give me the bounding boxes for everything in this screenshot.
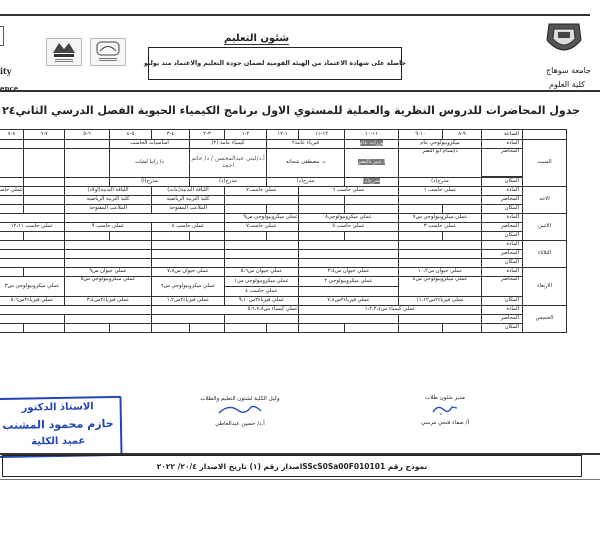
empty-cell (152, 250, 225, 259)
row-label-lecturer: المحاضر (482, 223, 523, 232)
course-cell: عملي ميكروبيولوجي س٩ (225, 214, 299, 223)
empty-cell (24, 187, 65, 196)
department-title: شئون التعليم (224, 33, 289, 45)
university-name-en: ity (0, 66, 11, 76)
course-cell: اللياقة البدنية(اولاد) (65, 187, 152, 196)
empty-cell (65, 324, 110, 333)
footer-bottom-rule (0, 479, 600, 480)
empty-cell (190, 232, 225, 241)
time-slot: ٣-٢ (190, 130, 225, 140)
place-cell: مدرج(د) (345, 178, 399, 187)
row-label-lecturer: المحاضر (482, 277, 523, 297)
empty-cell (24, 324, 65, 333)
course-cell: كيمياء عامة (٢) (190, 140, 267, 149)
empty-cell (65, 214, 225, 223)
form-code: نموذج رقم SScS0Sa00F010101اصدار رقم (١) … (157, 462, 428, 471)
empty-cell (225, 241, 299, 250)
empty-cell (65, 315, 152, 324)
empty-cell (65, 250, 152, 259)
empty-cell (0, 232, 24, 241)
lecturer-cell: عملي حاسب ٩ (65, 223, 152, 232)
empty-cell (65, 178, 110, 187)
empty-cell (24, 178, 65, 187)
tuesday-lecturer-row: المحاضر (0, 250, 567, 259)
empty-cell (110, 232, 152, 241)
empty-cell (24, 268, 65, 277)
course-cell: عملي حيوان س١٠،٢ (399, 268, 482, 277)
empty-cell (0, 250, 65, 259)
lecturer-cell: أ.د/لبنى عبدالمحسن / د/ حاتم احمد (190, 149, 267, 178)
monday-lecturer-row: المحاضر عملي حاسب ٣ عملي حاسب ٥ عملي حاس… (0, 223, 567, 232)
sunday-lecturer-row: المحاضر كلية التربية الرياضية كلية الترب… (0, 196, 567, 205)
egac-logo (46, 38, 82, 66)
lecturer-cell: عملي حاسب ٤ (225, 287, 299, 297)
top-rule (0, 14, 590, 16)
time-slot: ١٢-١١ (299, 130, 345, 140)
student-affairs-title: مدير شئون طلاب (405, 395, 485, 401)
empty-cell (65, 259, 152, 268)
header-bottom-rule (0, 90, 600, 92)
accreditation-text: حاصلة على شهادة الاعتماد من الهيئة القوم… (144, 60, 406, 67)
empty-cell (399, 232, 443, 241)
vice-dean-signature: وكيل الكلية لشئون التعليم والطلاب أ.د/ ح… (185, 396, 295, 427)
wednesday-subject-row: الاربعاء المادة عملي حيوان س١٠،٢ عملي حي… (0, 268, 567, 277)
lecturer-cell: عملي حاسب ٨ (152, 223, 225, 232)
lecturer-cell: كلية التربية الرياضية (65, 196, 152, 205)
time-slot: ٢-١ (225, 130, 267, 140)
empty-cell (24, 205, 65, 214)
lecturer-cell: عملي ميكروبيولوجي س٥ (65, 277, 152, 297)
course-cell: عملي حاسب٧ (225, 187, 299, 196)
day-monday: الاثنين (523, 214, 567, 241)
course-text: اللياقة البدنية(بنات) (167, 187, 208, 193)
lecturer-cell: عملي حاسب ٣ (399, 223, 482, 232)
empty-cell (399, 259, 482, 268)
empty-cell (0, 140, 24, 149)
empty-cell (399, 205, 443, 214)
lecturer-cell: د. مصطفى شحاته (267, 149, 345, 178)
place-cell: عملي فيزياء٢س٩،١٠ (225, 297, 299, 306)
time-slot: ٧-٦ (24, 130, 65, 140)
empty-cell (0, 149, 24, 178)
university-seal-icon (543, 20, 585, 58)
empty-cell (267, 324, 299, 333)
aia-logo (90, 38, 126, 66)
vice-dean-name: أ.د/ حسين عبدالعاطي (185, 421, 295, 427)
course-cell: عملي حيوان س٥،٦ (225, 268, 299, 277)
empty-cell (65, 232, 110, 241)
empty-cell (225, 232, 267, 241)
time-slot: ٨-٧ (0, 130, 24, 140)
empty-cell (345, 232, 399, 241)
sunday-place-row: المكان الملاعب المفتوحة الملاعب المفتوحة (0, 205, 567, 214)
empty-cell (267, 232, 299, 241)
empty-cell (152, 241, 225, 250)
lecturer-cell: عملي ميكروبيولوجي ٢ (299, 277, 399, 287)
day-saturday: السبت (523, 140, 567, 187)
highlighted-course: ورزات عام (360, 140, 383, 146)
stamp-line-2: حازم محمود المشنب (0, 415, 120, 434)
schedule-title: جدول المحاضرات للدروس النظرية والعملية ل… (0, 104, 580, 117)
empty-cell (24, 140, 65, 149)
lecturer-cell: عملي ميكروبيولوجي س١ (225, 277, 299, 287)
place-cell: عملي فيزياء٢س١١،١٢ (399, 297, 482, 306)
lecturer-cell: عملي حاسب ٥ (299, 223, 399, 232)
thursday-subject-row: الخميس المادة عملي كيمياء س١،٢،٣،٤ عملي … (0, 306, 567, 315)
thursday-lecturer-row: المحاضر (0, 315, 567, 324)
empty-cell (152, 232, 190, 241)
empty-cell (0, 315, 65, 324)
row-label-place: المكان (482, 178, 523, 187)
empty-cell (225, 196, 299, 205)
empty-cell (0, 268, 24, 277)
left-logo-fragment (0, 26, 4, 46)
place-cell: عملي فيزياء٢س٧،٨ (299, 297, 399, 306)
empty-cell (0, 214, 65, 223)
lecturer-cell: د/بسام ابو النصر (399, 149, 482, 178)
tuesday-subject-row: الثلاثاء المادة (0, 241, 567, 250)
row-label-lecturer: المحاضر (482, 250, 523, 259)
vice-dean-title: وكيل الكلية لشئون التعليم والطلاب (185, 396, 295, 402)
day-sunday: الاحد (523, 187, 567, 214)
empty-cell (399, 196, 482, 205)
empty-cell (0, 205, 24, 214)
sunday-subject-row: الاحد المادة عملي حاسب ١ عملي حاسب ٦ عمل… (0, 187, 567, 196)
empty-cell (225, 250, 299, 259)
row-label-place: المكان (482, 297, 523, 306)
lecturer-cell: عملي ميكروبيولوجي س٦ (152, 277, 225, 297)
tuesday-place-row: المكان (0, 259, 567, 268)
empty-cell (299, 324, 345, 333)
row-label-subject: المادة (482, 140, 523, 149)
lecturer-cell: كلية التربية الرياضية (152, 196, 225, 205)
empty-cell (299, 287, 399, 297)
day-wednesday: الاربعاء (523, 268, 567, 306)
place-cell: عملي فيزياء٢س٣،٤ (65, 297, 152, 306)
course-cell: عملي حاسب ١٠ (0, 187, 24, 196)
time-header-row: الساعة ٩-٨ ١٠-٩ ١١-١٠ ١٢-١١ ١-١٢ ٢-١ ٣-٢… (0, 130, 567, 140)
highlighted-lecturer: أ.عبير بالنصر (358, 159, 385, 165)
empty-cell (152, 324, 190, 333)
wednesday-place-row: المكان عملي فيزياء٢س١١،١٢ عملي فيزياء٢س٧… (0, 297, 567, 306)
empty-cell (65, 241, 152, 250)
lecturer-cell: عملي حاسب ١٢،١١ (0, 223, 65, 232)
empty-cell (65, 149, 110, 178)
empty-cell (299, 315, 399, 324)
place-cell: الملاعب المفتوحة (65, 205, 152, 214)
empty-cell (225, 315, 299, 324)
empty-cell (267, 205, 299, 214)
corner-cell (523, 130, 567, 140)
course-cell: عملي حيوان س٣،٤ (299, 268, 399, 277)
faculty-name: كلية العلوم (549, 80, 585, 89)
empty-cell (110, 324, 152, 333)
row-label-place: المكان (482, 232, 523, 241)
empty-cell (0, 196, 24, 205)
course-cell: عملي حيوان س٧،٨ (152, 268, 225, 277)
empty-cell (299, 241, 399, 250)
time-slot: ٥-٤ (110, 130, 152, 140)
highlighted-place: مدرج(د) (363, 178, 381, 184)
row-label-subject: المادة (482, 187, 523, 196)
empty-cell (443, 205, 482, 214)
empty-cell (0, 306, 152, 315)
empty-cell (443, 232, 482, 241)
row-label-place: المكان (482, 205, 523, 214)
empty-cell (299, 250, 399, 259)
empty-cell (299, 232, 345, 241)
empty-cell (24, 232, 65, 241)
student-affairs-name: أ/ صفاء فتحي مرسي (405, 420, 485, 426)
empty-cell (152, 259, 225, 268)
course-cell: عملي حاسب ٦ (299, 187, 399, 196)
course-cell: عملي ميكروبيولوجي س٧ (399, 214, 482, 223)
lecturer-cell: عملي حاسب٧ (225, 223, 299, 232)
lecturer-cell: عملي ميكروبيولوجي س٤ (399, 277, 482, 297)
place-cell: مدرج(د) (190, 178, 267, 187)
lecturer-cell: عملي ميكروبيولوجي س٣ (0, 277, 65, 297)
thursday-place-row: المكان (0, 324, 567, 333)
empty-cell (24, 196, 65, 205)
lecturer-cell: د/ رانيا لشات (110, 149, 190, 178)
course-cell: عملي كيمياء س١،٢،٣،٤ (299, 306, 482, 315)
place-cell: عملي فيزياء٢س٥،٦ (0, 297, 65, 306)
student-affairs-signature: مدير شئون طلاب أ/ صفاء فتحي مرسي (405, 395, 485, 426)
saturday-place-row: المكان مدرج(د) مدرج(د) مدرج(د) مدرج(د) م… (0, 178, 567, 187)
empty-cell (299, 196, 345, 205)
row-label-lecturer: المحاضر (482, 196, 523, 205)
course-cell: اللياقة البدنية(بنات) (152, 187, 225, 196)
course-cell: عملي حيوان س٩ (65, 268, 152, 277)
time-label: الساعة (482, 130, 523, 140)
day-tuesday: الثلاثاء (523, 241, 567, 268)
course-cell: ميكروبيولوجي عام (399, 140, 482, 149)
dean-stamp: الاستاذ الدكتور حازم محمود المشنب عميد ا… (0, 396, 123, 458)
schedule-table: الساعة ٩-٨ ١٠-٩ ١١-١٠ ١٢-١١ ١-١٢ ٢-١ ٣-٢… (0, 129, 567, 333)
course-cell: اساسيات الحاسب (110, 140, 190, 149)
row-label-subject: المادة (482, 241, 523, 250)
row-label-subject: المادة (482, 214, 523, 223)
day-thursday: الخميس (523, 306, 567, 333)
empty-cell (399, 324, 443, 333)
row-label-lecturer: المحاضر (482, 315, 523, 324)
empty-cell (0, 259, 65, 268)
row-label-subject: المادة (482, 268, 523, 277)
time-slot: ٦-٥ (65, 130, 110, 140)
empty-cell (345, 324, 399, 333)
stamp-line-3: عميد الكلية (0, 432, 120, 451)
empty-cell (345, 205, 399, 214)
empty-cell (0, 241, 65, 250)
time-slot: ١٠-٩ (399, 130, 443, 140)
row-label-lecturer: المحاضر (482, 149, 523, 177)
university-name: جامعة سوهاج (546, 66, 591, 75)
empty-cell (399, 315, 482, 324)
form-code-box: نموذج رقم SScS0Sa00F010101اصدار رقم (١) … (2, 455, 582, 477)
time-slot: ٤-٣ (152, 130, 190, 140)
signature-icon (215, 403, 265, 417)
row-label-subject: المادة (482, 306, 523, 315)
course-cell: عملي كيمياء س٥،٦،٧،٨ (152, 306, 299, 315)
place-cell: مدرج(أ) (110, 178, 190, 187)
time-slot: ١١-١٠ (345, 130, 399, 140)
monday-place-row: المكان (0, 232, 567, 241)
empty-cell (299, 259, 399, 268)
row-label-place: المكان (482, 259, 523, 268)
place-cell: مدرج(د) (399, 178, 482, 187)
lecturer-cell: أ.عبير بالنصر (345, 149, 399, 178)
wednesday-lecturer-row: المحاضر عملي ميكروبيولوجي س٤ عملي ميكروب… (0, 277, 567, 287)
saturday-subject-row: السبت المادة ميكروبيولوجي عام ورزات عام … (0, 140, 567, 149)
empty-cell (443, 324, 482, 333)
course-cell: ورزات عام (345, 140, 399, 149)
signature-icon (430, 402, 460, 416)
empty-cell (24, 149, 65, 178)
time-slot: ٩-٨ (443, 130, 482, 140)
accreditation-notice: حاصلة على شهادة الاعتماد من الهيئة القوم… (148, 47, 402, 80)
course-cell: فيزياء عامة٢ (267, 140, 345, 149)
empty-cell (225, 324, 267, 333)
monday-subject-row: الاثنين المادة عملي ميكروبيولوجي س٧ عملي… (0, 214, 567, 223)
empty-cell (345, 196, 399, 205)
saturday-lecturer-row: المحاضر د/بسام ابو النصر أ.عبير بالنصر د… (0, 149, 567, 177)
empty-cell (190, 324, 225, 333)
empty-cell (225, 259, 299, 268)
empty-cell (225, 205, 267, 214)
place-cell: مدرج(د) (267, 178, 345, 187)
empty-cell (399, 241, 482, 250)
empty-cell (65, 140, 110, 149)
course-cell: عملي حاسب ١ (399, 187, 482, 196)
stamp-line-1: الاستاذ الدكتور (0, 398, 120, 417)
empty-cell (399, 250, 482, 259)
row-label-place: المكان (482, 324, 523, 333)
course-cell: عملي ميكروبيولوجي٨ (299, 214, 399, 223)
time-slot: ١-١٢ (267, 130, 299, 140)
empty-cell (299, 205, 345, 214)
empty-cell (0, 178, 24, 187)
empty-cell (152, 315, 225, 324)
empty-cell (0, 324, 24, 333)
place-cell: الملاعب المفتوحة (152, 205, 225, 214)
faculty-name-en: ence (0, 84, 18, 93)
place-cell: عملي فيزياء٢س١،٢ (152, 297, 225, 306)
